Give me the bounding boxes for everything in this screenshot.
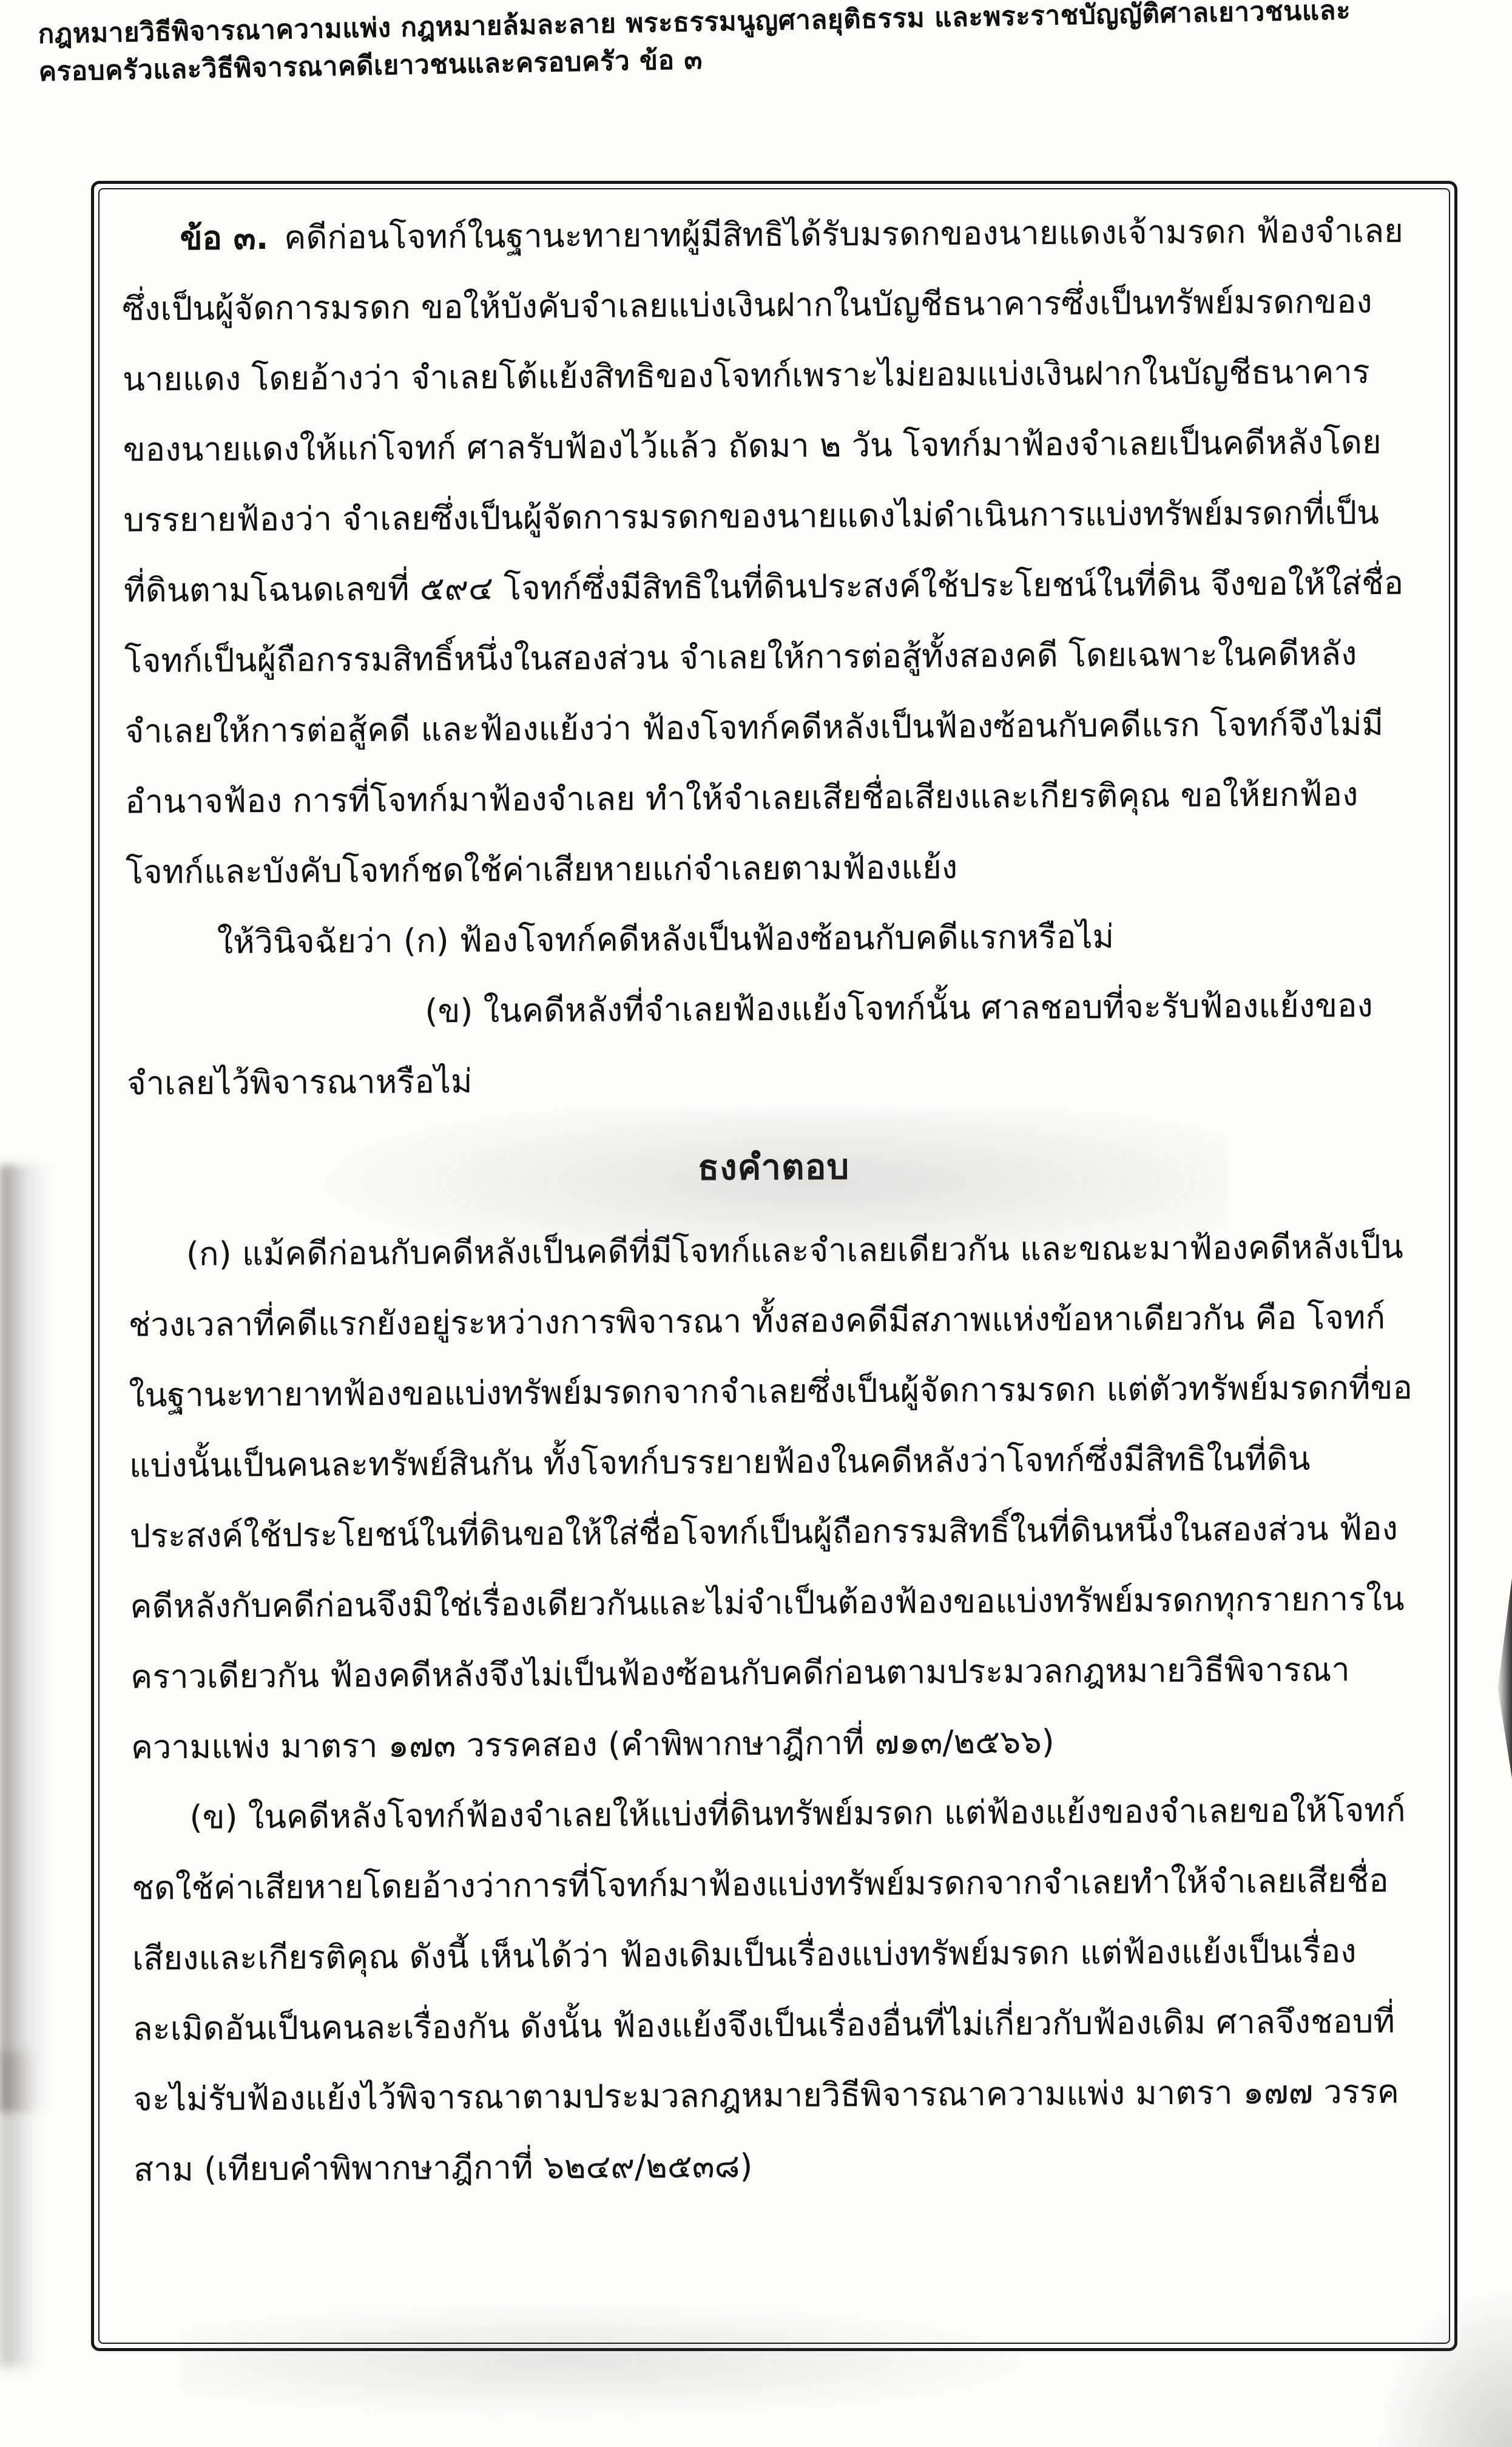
frame-text-block: ข้อ ๓.คดีก่อนโจทก์ในฐานะทายาทผู้มีสิทธิไ…	[121, 196, 1426, 2334]
running-head: กฎหมายวิธีพิจารณาความแพ่ง กฎหมายล้มละลาย…	[38, 0, 1489, 91]
question-number: ข้อ ๓.	[180, 218, 284, 257]
content-frame: ข้อ ๓.คดีก่อนโจทก์ในฐานะทายาทผู้มีสิทธิไ…	[91, 181, 1457, 2351]
answer-paragraph-b: (ข) ในคดีหลังโจทก์ฟ้องจำเลยให้แบ่งที่ดิน…	[131, 1775, 1426, 2205]
question-body: คดีก่อนโจทก์ในฐานะทายาทผู้มีสิทธิได้รับม…	[122, 212, 1403, 892]
scanned-book-page: กฎหมายวิธีพิจารณาความแพ่ง กฎหมายล้มละลาย…	[0, 0, 1512, 2447]
issue-line-b: (ข) ในคดีหลังที่จำเลยฟ้องแย้งโจทก์นั้น ศ…	[126, 970, 1419, 1119]
answer-paragraph-a: (ก) แม้คดีก่อนกับคดีหลังเป็นคดีที่มีโจทก…	[128, 1211, 1424, 1782]
answer-heading: ธงคำตอบ	[127, 1128, 1420, 1206]
scan-shadow-left	[0, 1165, 47, 2112]
issue-line-a: ให้วินิจฉัยว่า (ก) ฟ้องโจทก์คดีหลังเป็นฟ…	[126, 900, 1419, 978]
page-edge-mark	[1496, 1578, 1512, 1778]
question-paragraph: ข้อ ๓.คดีก่อนโจทก์ในฐานะทายาทผู้มีสิทธิไ…	[121, 196, 1418, 908]
issue-intro: ให้วินิจฉัยว่า	[217, 922, 393, 961]
scan-shadow-left-lower	[0, 2051, 36, 2367]
issue-a-text: (ก) ฟ้องโจทก์คดีหลังเป็นฟ้องซ้อนกับคดีแร…	[403, 918, 1115, 960]
